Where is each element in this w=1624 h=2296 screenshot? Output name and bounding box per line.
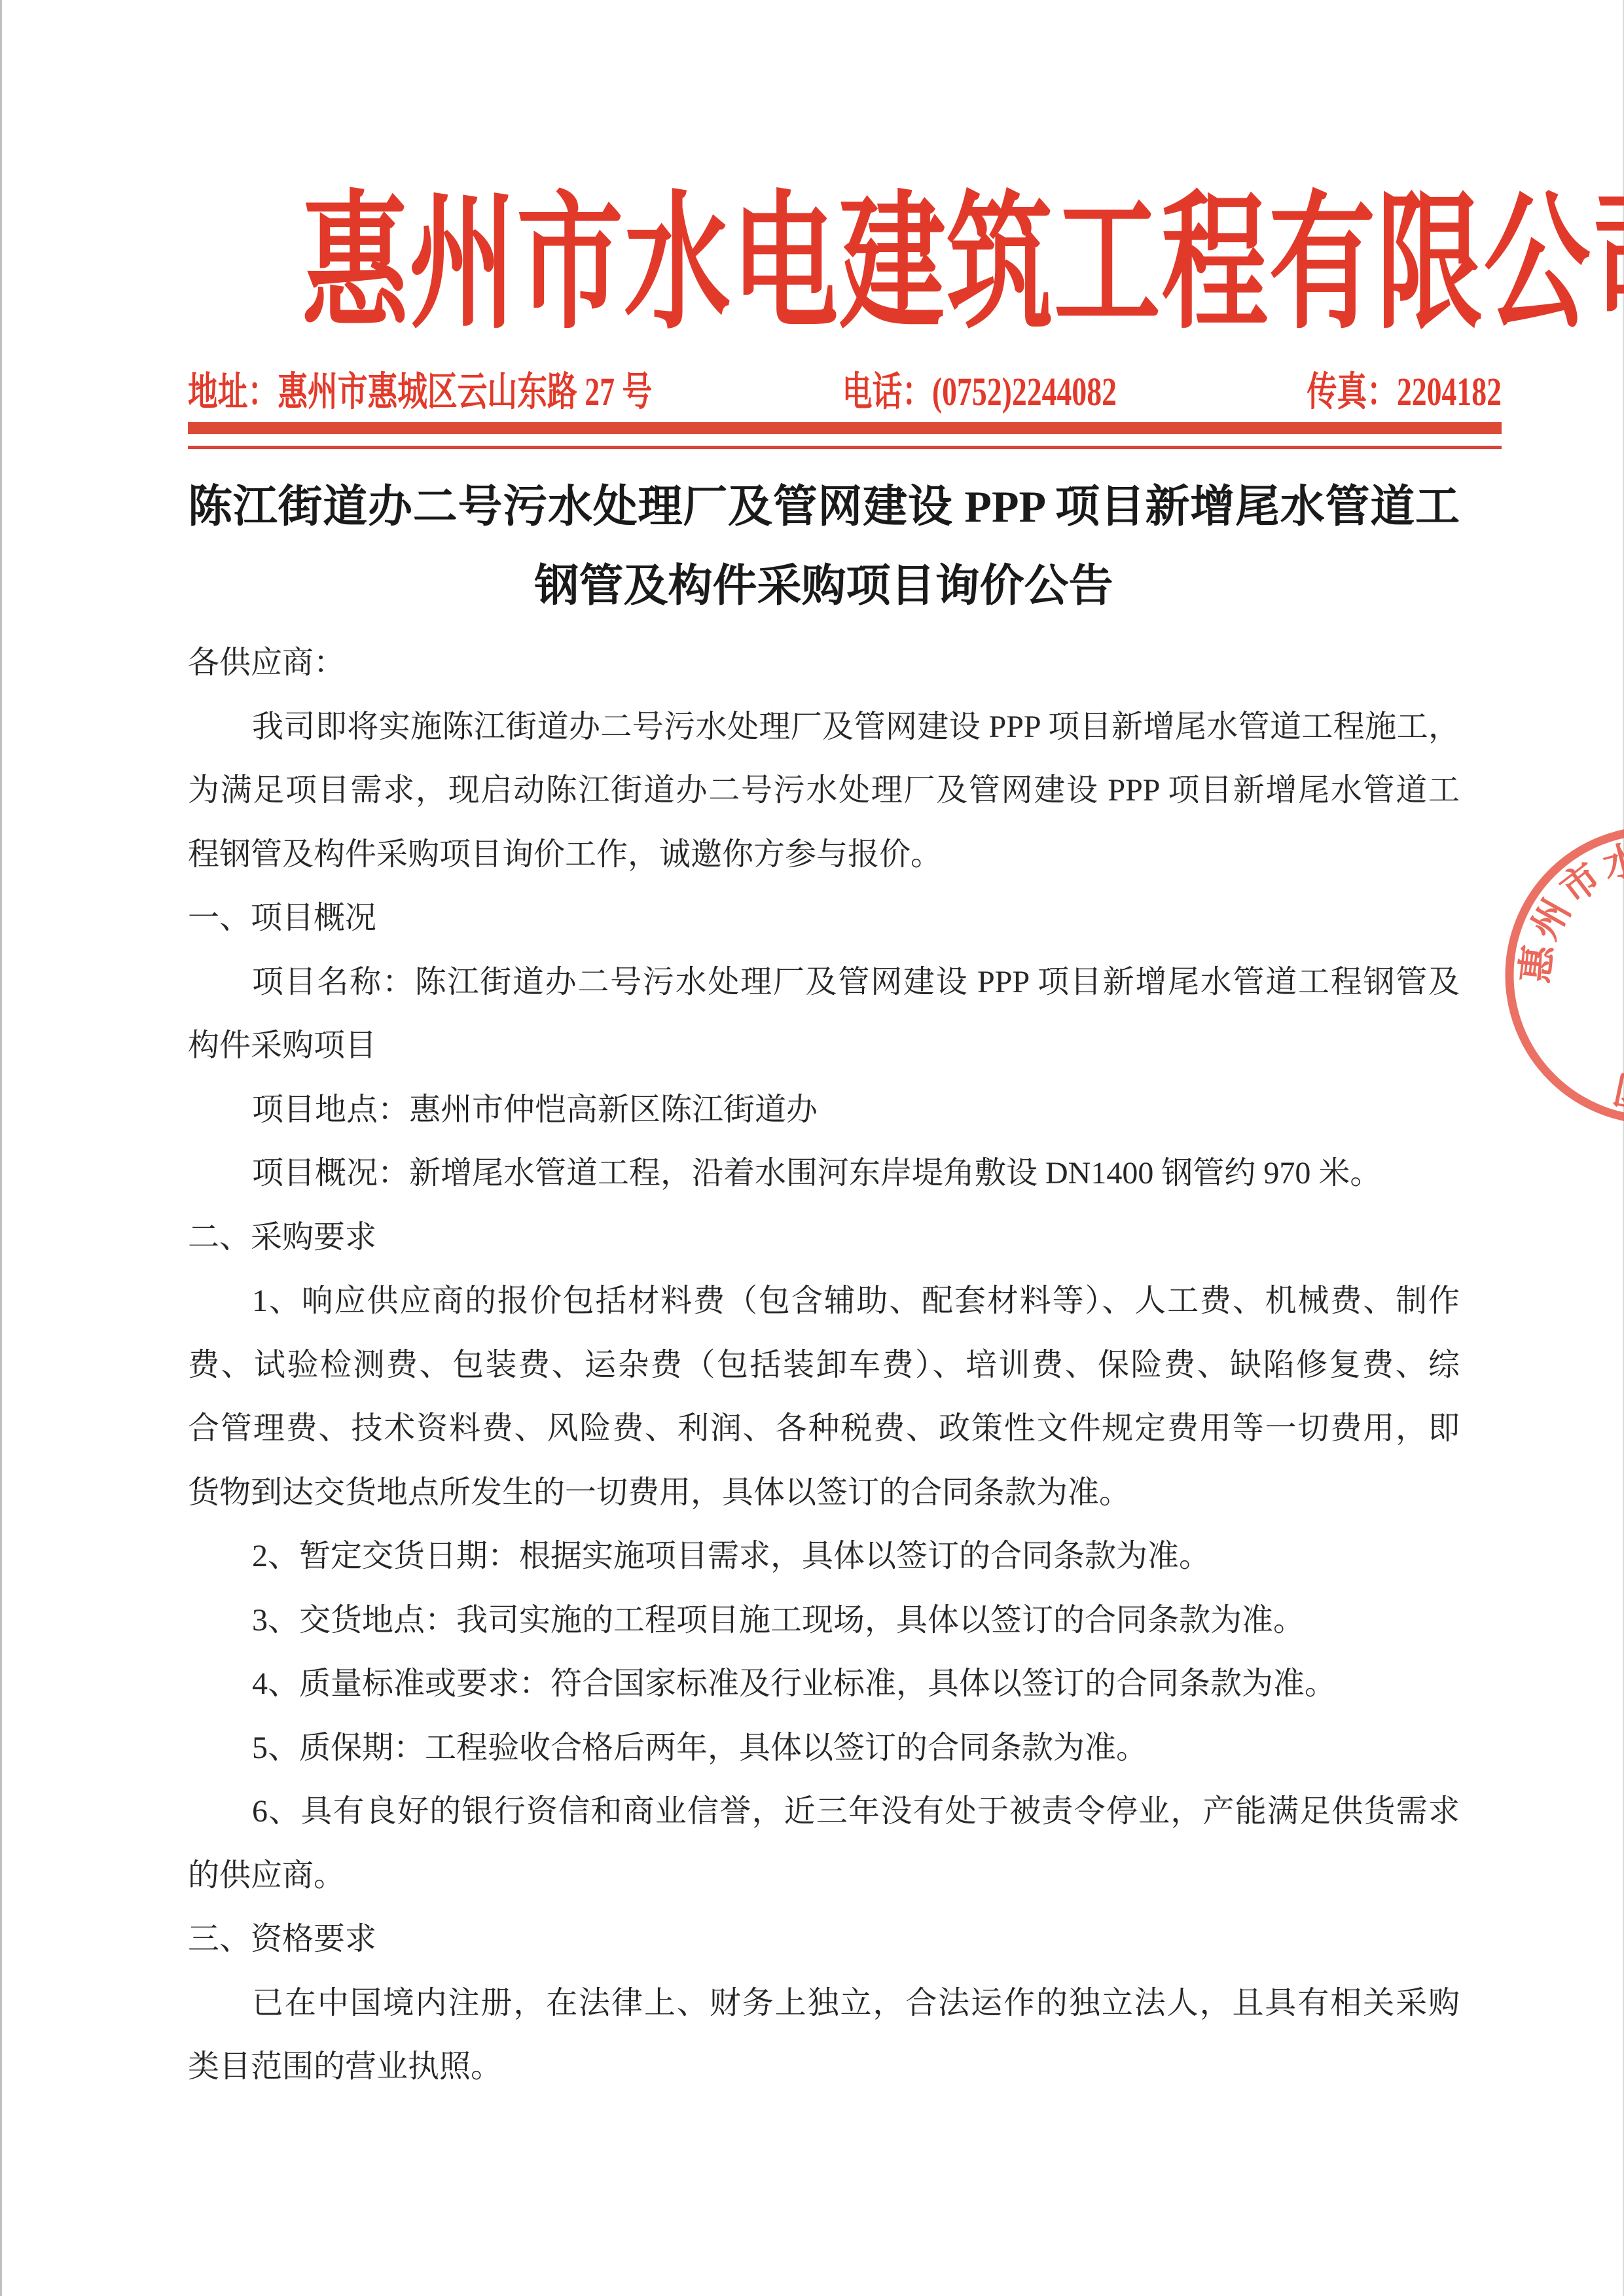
body-line: 6、具有良好的银行资信和商业信誉，近三年没有处于被责令停业，产能满足供货需求 <box>188 1780 1460 1844</box>
body-line: 货物到达交货地点所发生的一切费用，具体以签订的合同条款为准。 <box>188 1461 1460 1525</box>
body-line: 1、响应供应商的报价包括材料费（包含辅助、配套材料等）、人工费、机械费、制作 <box>188 1269 1460 1333</box>
body-line: 合管理费、技术资料费、风险费、利润、各种税费、政策性文件规定费用等一切费用，即 <box>188 1397 1460 1461</box>
document-title-line-1: 陈江街道办二号污水处理厂及管网建设 PPP 项目新增尾水管道工程 <box>188 467 1460 547</box>
body-line: 已在中国境内注册，在法律上、财务上独立，合法运作的独立法人，且具有相关采购 <box>188 1971 1460 2036</box>
body-line: 程钢管及构件采购项目询价工作，诚邀你方参与报价。 <box>188 823 1460 887</box>
body-line: 我司即将实施陈江街道办二号污水处理厂及管网建设 PPP 项目新增尾水管道工程施工… <box>188 695 1460 759</box>
body-line: 4、质量标准或要求：符合国家标准及行业标准，具体以签订的合同条款为准。 <box>188 1652 1460 1716</box>
body-line: 5、质保期：工程验收合格后两年，具体以签订的合同条款为准。 <box>188 1716 1460 1780</box>
company-fax: 传真：2204182 <box>1307 360 1502 417</box>
body-line: 二、采购要求 <box>188 1206 1460 1270</box>
letterhead-company-name: 惠州市水电建筑工程有限公司 <box>0 182 1624 347</box>
body-line: 2、暂定交货日期：根据实施项目需求，具体以签订的合同条款为准。 <box>188 1524 1460 1588</box>
document-title: 陈江街道办二号污水处理厂及管网建设 PPP 项目新增尾水管道工程 钢管及构件采购… <box>188 467 1460 626</box>
body-line: 一、项目概况 <box>188 886 1460 950</box>
body-line: 项目地点：惠州市仲恺高新区陈江街道办 <box>188 1078 1460 1142</box>
letterhead-divider-thick <box>188 422 1502 434</box>
company-address: 地址：惠州市惠城区云山东路 27 号 <box>188 360 652 417</box>
body-line: 项目名称：陈江街道办二号污水处理厂及管网建设 PPP 项目新增尾水管道工程钢管及 <box>188 950 1460 1014</box>
seal-ring-text: 惠州市水电建筑工程有限公司 <box>1514 835 1624 1116</box>
company-seal: 惠州市水电建筑工程有限公司 <box>1473 792 1624 1185</box>
company-name-text: 惠州市水电建筑工程有限公司 <box>302 182 1624 347</box>
body-line: 费、试验检测费、包装费、运杂费（包括装卸车费）、培训费、保险费、缺陷修复费、综 <box>188 1333 1460 1397</box>
document-title-line-2: 钢管及构件采购项目询价公告 <box>188 547 1460 626</box>
letterhead-divider-thin <box>188 446 1502 449</box>
body-line: 三、资格要求 <box>188 1907 1460 1971</box>
letterhead-contact-row: 地址：惠州市惠城区云山东路 27 号 电话：(0752)2244082 传真：2… <box>188 359 1502 417</box>
body-line: 3、交货地点：我司实施的工程项目施工现场，具体以签订的合同条款为准。 <box>188 1588 1460 1653</box>
company-phone: 电话：(0752)2244082 <box>842 360 1117 417</box>
scanned-document-page: 惠州市水电建筑工程有限公司 地址：惠州市惠城区云山东路 27 号 电话：(075… <box>0 0 1624 2296</box>
body-line: 为满足项目需求，现启动陈江街道办二号污水处理厂及管网建设 PPP 项目新增尾水管… <box>188 759 1460 823</box>
body-line: 项目概况：新增尾水管道工程，沿着水围河东岸堤角敷设 DN1400 钢管约 970… <box>188 1141 1460 1206</box>
body-line: 各供应商： <box>188 631 1460 695</box>
document-body: 各供应商：我司即将实施陈江街道办二号污水处理厂及管网建设 PPP 项目新增尾水管… <box>188 631 1460 2099</box>
body-line: 类目范围的营业执照。 <box>188 2035 1460 2099</box>
body-line: 的供应商。 <box>188 1844 1460 1908</box>
body-line: 构件采购项目 <box>188 1014 1460 1078</box>
